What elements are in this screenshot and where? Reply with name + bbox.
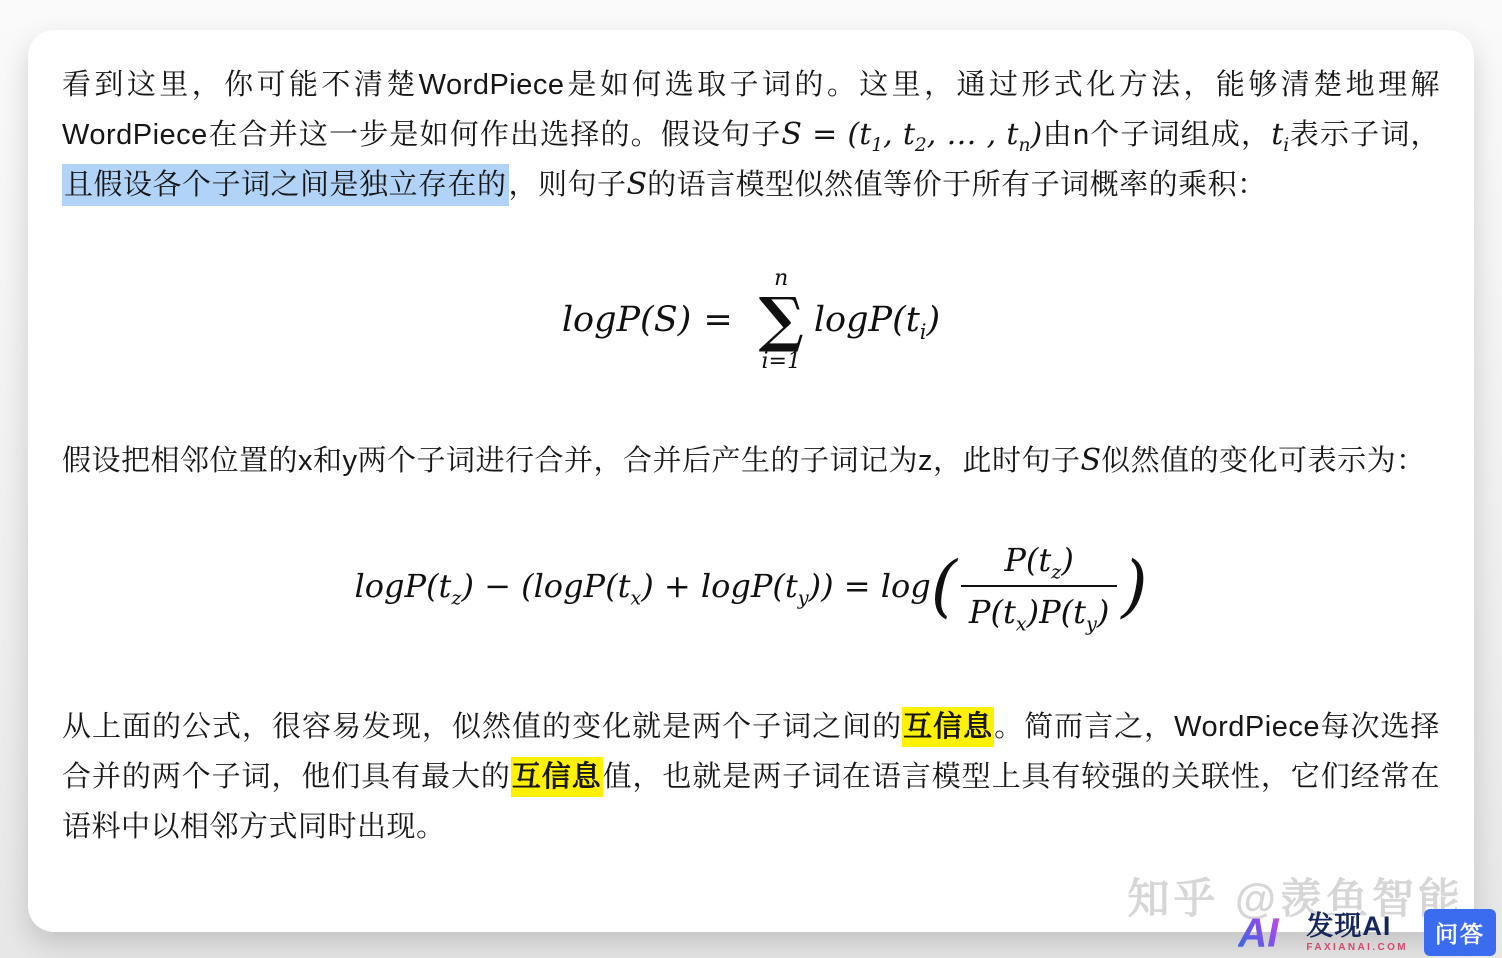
- inline-math-ti: ti: [1271, 117, 1289, 152]
- formula2-fraction: P(tz) P(tx)P(ty): [961, 540, 1117, 632]
- paragraph-intro: 看到这里，你可能不清楚WordPiece是如何选取子词的。这里，通过形式化方法，…: [62, 60, 1440, 210]
- paragraph-conclusion: 从上面的公式，很容易发现，似然值的变化就是两个子词之间的互信息。简而言之，Wor…: [62, 702, 1440, 852]
- paragraph-merge: 假设把相邻位置的x和y两个子词进行合并，合并后产生的子词记为z，此时句子S似然值…: [62, 436, 1440, 486]
- paragraph-intro-text-2: 由n个子词组成，: [1042, 119, 1271, 151]
- inline-math-s: S: [627, 167, 648, 202]
- brand-text-block: 发现AI FAXIANAI.COM: [1306, 913, 1408, 953]
- yellow-highlight-mutual-info-1: 互信息: [902, 707, 994, 747]
- svg-text:AI: AI: [1238, 912, 1279, 954]
- ai-gradient-logo-icon: AI: [1238, 912, 1296, 954]
- paragraph-intro-text-3: 表示子词，: [1289, 119, 1440, 151]
- paragraph-conclusion-text-1: 从上面的公式，很容易发现，似然值的变化就是两个子词之间的: [62, 711, 902, 743]
- brand-name: 发现AI: [1306, 913, 1391, 940]
- sum-lower-limit: i=1: [762, 349, 801, 374]
- yellow-highlight-mutual-info-2: 互信息: [511, 757, 603, 797]
- formula1-equals: =: [703, 300, 732, 340]
- article-card: 看到这里，你可能不清楚WordPiece是如何选取子词的。这里，通过形式化方法，…: [28, 30, 1474, 932]
- blue-highlighted-assumption: 且假设各个子词之间是独立存在的: [62, 164, 509, 206]
- paragraph-merge-text-1: 假设把相邻位置的x和y两个子词进行合并，合并后产生的子词记为z，此时句子: [62, 445, 1081, 477]
- formula2-lhs: logP(tz) − (logP(tx) + logP(ty)) = log: [354, 567, 930, 605]
- formula1-lhs: logP(S): [562, 300, 692, 340]
- qa-badge[interactable]: 问答: [1424, 909, 1496, 956]
- formula-log-likelihood-sum: logP(S) = n ∑ i=1 logP(ti): [62, 262, 1440, 378]
- inline-math-s2: S: [1081, 443, 1102, 478]
- inline-math-sentence-tuple: S = (t1, t2, … , tn): [781, 117, 1042, 152]
- formula1-rhs: logP(ti): [814, 300, 940, 340]
- summation-symbol: n ∑ i=1: [759, 266, 804, 374]
- formula-mutual-information: logP(tz) − (logP(tx) + logP(ty)) = log (…: [62, 530, 1440, 642]
- sigma-glyph: ∑: [759, 292, 804, 349]
- paragraph-merge-text-2: 似然值的变化可表示为：: [1101, 445, 1426, 477]
- faxianai-brand-logo[interactable]: AI 发现AI FAXIANAI.COM 问答: [1238, 909, 1496, 956]
- paragraph-intro-text-5: 的语言模型似然值等价于所有子词概率的乘积：: [647, 169, 1267, 201]
- fraction-denominator: P(tx)P(ty): [961, 585, 1117, 632]
- brand-domain: FAXIANAI.COM: [1306, 943, 1408, 953]
- fraction-numerator: P(tz): [996, 540, 1081, 585]
- paragraph-intro-text-4: ，则句子: [509, 169, 627, 201]
